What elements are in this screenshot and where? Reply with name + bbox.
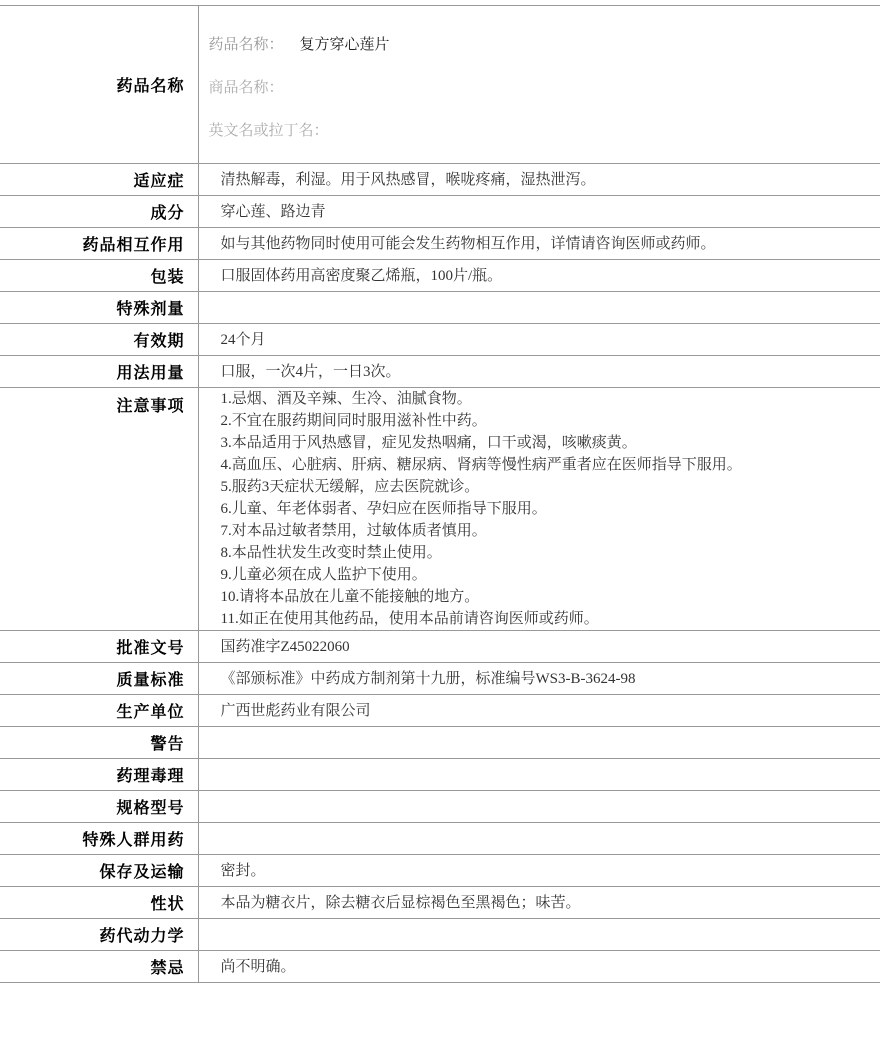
row-value: 本品为糖衣片，除去糖衣后显棕褐色至黑褐色；味苦。 xyxy=(198,887,880,919)
table-row-drug-name: 药品名称 药品名称：复方穿心莲片 商品名称： 英文名或拉丁名： xyxy=(0,6,880,164)
table-row-approval-number: 批准文号 国药准字Z45022060 xyxy=(0,631,880,663)
table-row-pharmacokinetics: 药代动力学 xyxy=(0,919,880,951)
row-label: 药理毒理 xyxy=(0,759,198,791)
row-value: 口服固体药用高密度聚乙烯瓶，100片/瓶。 xyxy=(198,260,880,292)
row-value: 口服，一次4片，一日3次。 xyxy=(198,356,880,388)
table-row-precautions: 注意事项 1.忌烟、酒及辛辣、生冷、油腻食物。 2.不宜在服药期间同时服用滋补性… xyxy=(0,388,880,631)
row-label: 禁忌 xyxy=(0,951,198,983)
row-label: 批准文号 xyxy=(0,631,198,663)
row-value: 1.忌烟、酒及辛辣、生冷、油腻食物。 2.不宜在服药期间同时服用滋补性中药。 3… xyxy=(198,388,880,631)
row-label: 成分 xyxy=(0,196,198,228)
table-row-packaging: 包装 口服固体药用高密度聚乙烯瓶，100片/瓶。 xyxy=(0,260,880,292)
row-value: 24个月 xyxy=(198,324,880,356)
row-label: 注意事项 xyxy=(0,388,198,631)
table-row-quality-standard: 质量标准 《部颁标准》中药成方制剂第十九册，标准编号WS3-B-3624-98 xyxy=(0,663,880,695)
row-value: 清热解毒，利湿。用于风热感冒，喉咙疼痛，湿热泄泻。 xyxy=(198,164,880,196)
table-row-ingredients: 成分 穿心莲、路边青 xyxy=(0,196,880,228)
row-label: 有效期 xyxy=(0,324,198,356)
row-value xyxy=(198,727,880,759)
row-label: 特殊人群用药 xyxy=(0,823,198,855)
row-label: 质量标准 xyxy=(0,663,198,695)
row-value-drug-name: 药品名称：复方穿心莲片 商品名称： 英文名或拉丁名： xyxy=(198,6,880,164)
product-name-line: 药品名称：复方穿心莲片 xyxy=(209,34,871,57)
row-value: 广西世彪药业有限公司 xyxy=(198,695,880,727)
row-label: 用法用量 xyxy=(0,356,198,388)
row-value: 国药准字Z45022060 xyxy=(198,631,880,663)
row-label: 包装 xyxy=(0,260,198,292)
row-value: 尚不明确。 xyxy=(198,951,880,983)
row-value xyxy=(198,292,880,324)
table-row-storage-transport: 保存及运输 密封。 xyxy=(0,855,880,887)
product-name-key: 药品名称： xyxy=(209,37,284,53)
page: { "colors": { "table_border": "#999999",… xyxy=(0,5,880,1055)
trade-name-line: 商品名称： xyxy=(209,77,871,100)
table-row-manufacturer: 生产单位 广西世彪药业有限公司 xyxy=(0,695,880,727)
table-row-description: 性状 本品为糖衣片，除去糖衣后显棕褐色至黑褐色；味苦。 xyxy=(0,887,880,919)
english-name-key: 英文名或拉丁名： xyxy=(209,123,329,139)
table-row-warning: 警告 xyxy=(0,727,880,759)
row-label: 生产单位 xyxy=(0,695,198,727)
table-row-special-dosage: 特殊剂量 xyxy=(0,292,880,324)
table-row-pharmacology-toxicology: 药理毒理 xyxy=(0,759,880,791)
row-label: 规格型号 xyxy=(0,791,198,823)
drug-info-table: 药品名称 药品名称：复方穿心莲片 商品名称： 英文名或拉丁名： 适应症 清热解毒… xyxy=(0,5,880,983)
row-value xyxy=(198,791,880,823)
row-value: 《部颁标准》中药成方制剂第十九册，标准编号WS3-B-3624-98 xyxy=(198,663,880,695)
row-label-drug-name: 药品名称 xyxy=(0,6,198,164)
row-value: 穿心莲、路边青 xyxy=(198,196,880,228)
row-label: 警告 xyxy=(0,727,198,759)
table-row-special-populations: 特殊人群用药 xyxy=(0,823,880,855)
row-label: 适应症 xyxy=(0,164,198,196)
row-value xyxy=(198,759,880,791)
row-label: 药品相互作用 xyxy=(0,228,198,260)
row-label: 药代动力学 xyxy=(0,919,198,951)
table-row-contraindications: 禁忌 尚不明确。 xyxy=(0,951,880,983)
table-row-specification: 规格型号 xyxy=(0,791,880,823)
row-value xyxy=(198,823,880,855)
table-row-indications: 适应症 清热解毒，利湿。用于风热感冒，喉咙疼痛，湿热泄泻。 xyxy=(0,164,880,196)
product-name-value: 复方穿心莲片 xyxy=(300,37,390,53)
row-value: 如与其他药物同时使用可能会发生药物相互作用，详情请咨询医师或药师。 xyxy=(198,228,880,260)
english-name-line: 英文名或拉丁名： xyxy=(209,120,871,143)
row-value xyxy=(198,919,880,951)
table-row-dosage-usage: 用法用量 口服，一次4片，一日3次。 xyxy=(0,356,880,388)
table-row-shelf-life: 有效期 24个月 xyxy=(0,324,880,356)
row-label: 特殊剂量 xyxy=(0,292,198,324)
row-value: 密封。 xyxy=(198,855,880,887)
trade-name-key: 商品名称： xyxy=(209,80,284,96)
row-label: 性状 xyxy=(0,887,198,919)
table-row-drug-interactions: 药品相互作用 如与其他药物同时使用可能会发生药物相互作用，详情请咨询医师或药师。 xyxy=(0,228,880,260)
row-label: 保存及运输 xyxy=(0,855,198,887)
